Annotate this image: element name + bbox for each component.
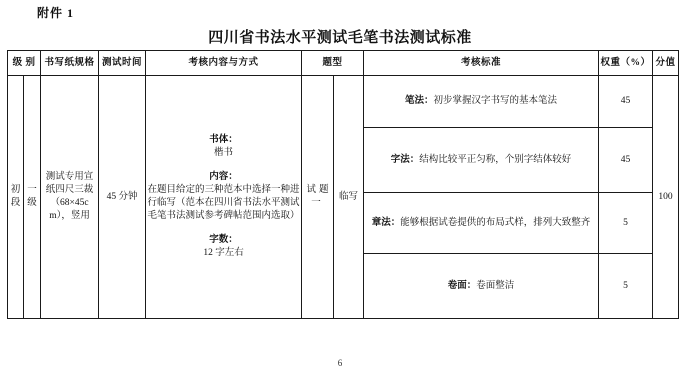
standard-juanmian-cell: 卷面：卷面整洁 [364, 254, 599, 319]
col-header-score: 分值 [653, 51, 679, 76]
char-count-label: 字数： [147, 234, 300, 247]
header-row: 级 别 书写纸规格 测试时间 考核内容与方式 题型 考核标准 权重（%） 分值 [8, 51, 679, 76]
weight-bifa-cell: 45 [599, 76, 653, 128]
level-stage-cell: 初段 [8, 76, 24, 319]
question-number-cell: 试题一 [302, 76, 334, 319]
standard-zifa-cell: 字法：结构比较平正匀称，个别字结体较好 [364, 128, 599, 193]
standard-label: 章法： [372, 218, 401, 228]
document-page: { "page": { "attachment_label": "附件 1", … [0, 0, 680, 380]
level-grade-cell: 一级 [24, 76, 41, 319]
total-score-cell: 100 [653, 76, 679, 319]
content-value: 在题目给定的三种范本中选择一种进行临写（范本在四川省书法水平测试毛笔书法测试参考… [147, 184, 300, 223]
standard-bifa-cell: 笔法：初步掌握汉字书写的基本笔法 [364, 76, 599, 128]
standard-label: 字法： [391, 155, 420, 165]
weight-zifa-cell: 45 [599, 128, 653, 193]
col-header-standards: 考核标准 [364, 51, 599, 76]
col-header-question-type: 题型 [302, 51, 364, 76]
standards-table: 级 别 书写纸规格 测试时间 考核内容与方式 题型 考核标准 权重（%） 分值 … [7, 50, 679, 319]
char-count-value: 12 字左右 [147, 247, 300, 260]
font-style-label: 书体： [147, 134, 300, 147]
col-header-time: 测试时间 [99, 51, 146, 76]
page-title: 四川省书法水平测试毛笔书法测试标准 [0, 26, 680, 47]
attachment-label: 附件 1 [37, 4, 74, 21]
question-kind-cell: 临写 [334, 76, 364, 319]
col-header-level: 级 别 [8, 51, 41, 76]
test-time-cell: 45 分钟 [99, 76, 146, 319]
table-row: 初段 一级 测试专用宣纸四尺三裁（68×45cm），竖用 45 分钟 书体： 楷… [8, 76, 679, 128]
weight-juanmian-cell: 5 [599, 254, 653, 319]
standard-label: 笔法： [405, 96, 434, 106]
standard-text: 卷面整洁 [476, 281, 514, 291]
page-number: 6 [0, 358, 680, 368]
standard-text: 结构比较平正匀称，个别字结体较好 [419, 155, 571, 165]
paper-spec-cell: 测试专用宣纸四尺三裁（68×45cm），竖用 [41, 76, 99, 319]
col-header-paper: 书写纸规格 [41, 51, 99, 76]
standard-text: 初步掌握汉字书写的基本笔法 [434, 96, 558, 106]
col-header-weight: 权重（%） [599, 51, 653, 76]
standard-zhangfa-cell: 章法：能够根据试卷提供的布局式样，排列大致整齐 [364, 193, 599, 254]
font-style-value: 楷书 [147, 147, 300, 160]
weight-zhangfa-cell: 5 [599, 193, 653, 254]
col-header-content-method: 考核内容与方式 [146, 51, 302, 76]
standard-text: 能够根据试卷提供的布局式样，排列大致整齐 [400, 218, 590, 228]
content-method-cell: 书体： 楷书 内容： 在题目给定的三种范本中选择一种进行临写（范本在四川省书法水… [146, 76, 302, 319]
standard-label: 卷面： [448, 281, 477, 291]
content-label: 内容： [147, 171, 300, 184]
